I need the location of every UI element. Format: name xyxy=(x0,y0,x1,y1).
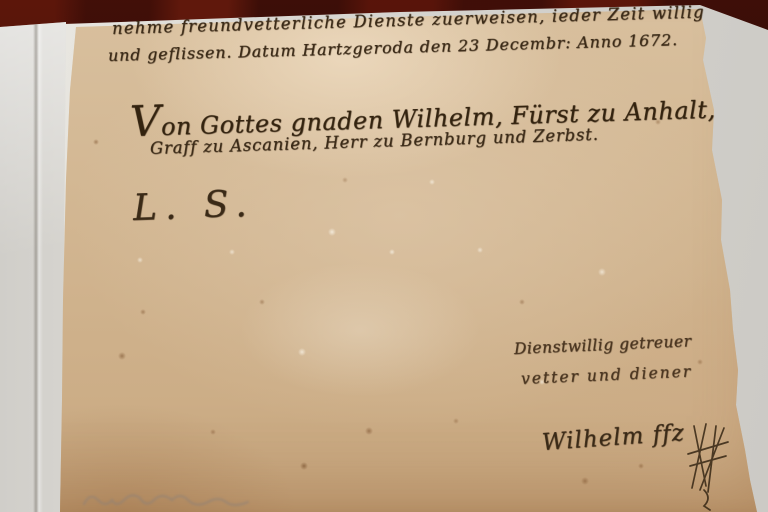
photo-of-manuscript: nehme freundvetterliche Dienste zuerweis… xyxy=(0,0,768,512)
seal-initials: L. S. xyxy=(132,184,255,229)
bleed-through-writing xyxy=(78,488,358,512)
signature-paraph-flourish xyxy=(676,420,746,512)
